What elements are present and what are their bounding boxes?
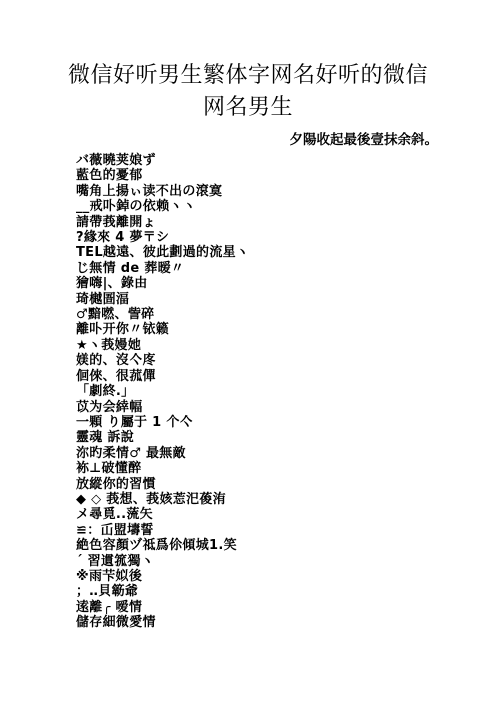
nickname-list: バ薇曉荚娘ず藍色的憂郁嘴角上揚ぃ读不出の滾寞__戒卟鋽の依赖ヽヽ請帶莪離開ょ?緣…	[58, 153, 438, 631]
nickname-item: 放縱你的習慣	[76, 477, 438, 492]
nickname-item: 佪倈、很菰僤	[76, 369, 438, 384]
nickname-item: 請帶莪離開ょ	[76, 215, 438, 230]
page-title: 微信好听男生繁体字网名好听的微信网名男生	[58, 60, 438, 124]
nickname-item: バ薇曉荚娘ず	[76, 153, 438, 168]
nickname-item: 媄的、沒亽庝	[76, 353, 438, 368]
nickname-item: ?緣來 4 夢〒シ	[76, 230, 438, 245]
subtitle-line: 夕陽收起最後壹抹余斜。	[58, 132, 438, 148]
nickname-item: ˊ 習遦箛獨ヽ	[76, 554, 438, 569]
nickname-item: ★ヽ莪嫚她	[76, 338, 438, 353]
nickname-item: ♂黯嘫、訾碎	[76, 307, 438, 322]
document-page: 微信好听男生繁体字网名好听的微信网名男生 夕陽收起最後壹抹余斜。 バ薇曉荚娘ず藍…	[0, 0, 496, 702]
nickname-item: 逺離╭ 嗳情	[76, 600, 438, 615]
nickname-item: 藍色的憂郁	[76, 168, 438, 183]
nickname-item: 靈魂 訴說	[76, 430, 438, 445]
nickname-item: 儲存細微愛情	[76, 615, 438, 630]
nickname-item: 沵旳柔情♂ 最無敵	[76, 446, 438, 461]
nickname-item: ；‥貝簕爺	[76, 584, 438, 599]
nickname-item: 絶色容顏ヅ祗爲伱傾城1.笑	[76, 538, 438, 553]
nickname-item: TEL越遠、彼此劃過的流星ヽ	[76, 245, 438, 260]
nickname-item: 一顆 り屬于 1 个亽	[76, 415, 438, 430]
nickname-item: ※雨芐姒後	[76, 569, 438, 584]
nickname-item: ◆ ◇ 莪想、莪姟莣汜葰洧	[76, 492, 438, 507]
nickname-item: 袮⊥破懂醉	[76, 461, 438, 476]
nickname-item: __戒卟鋽の依赖ヽヽ	[76, 199, 438, 214]
nickname-item: 嘴角上揚ぃ读不出の滾寞	[76, 184, 438, 199]
nickname-item: ≌：屲盟壔誓	[76, 523, 438, 538]
nickname-item: 苡为会緈幅	[76, 400, 438, 415]
nickname-item: 離卟开你〃铱籁	[76, 322, 438, 337]
nickname-item: じ無情 de 葬暧〃	[76, 261, 438, 276]
nickname-item: メ尋覓..蓅矢	[76, 507, 438, 522]
nickname-item: 獪嗨|、錄由	[76, 276, 438, 291]
nickname-item: 「劇終.」	[76, 384, 438, 399]
nickname-item: 琦樾圄湢	[76, 292, 438, 307]
